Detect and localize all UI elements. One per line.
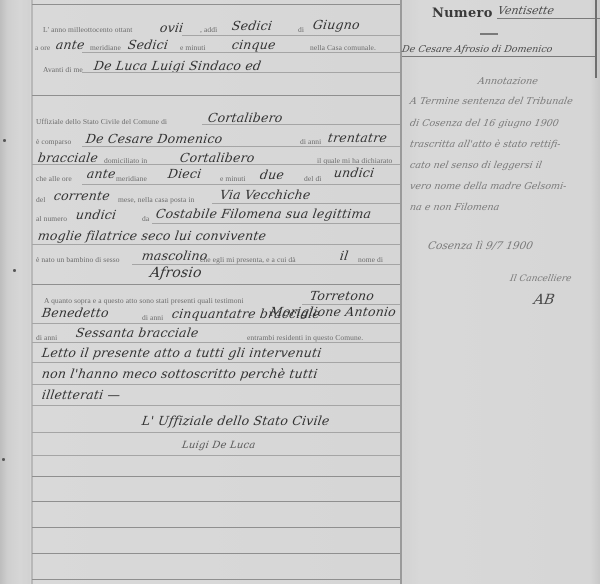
margin-mark <box>13 269 16 272</box>
handwritten-month: Giugno <box>312 17 361 32</box>
handwritten-declarant: De Cesare Domenico <box>85 131 224 146</box>
margin-person-name: De Cesare Afrosio di Domenico <box>401 44 553 55</box>
annotation-place-date: Cosenza lì 9/7 1900 <box>427 240 534 252</box>
birth-act-form: L' anno milleottocento ottant ovii , add… <box>32 0 402 584</box>
rule <box>82 52 400 53</box>
rule <box>32 455 400 456</box>
handwritten-witness1-surname: Torretono <box>309 288 375 303</box>
printed-text: è comparso <box>36 137 71 146</box>
printed-text: che egli mi presenta, e a cui dà <box>200 255 296 264</box>
annotation-line: A Termine sentenza del Tribunale <box>409 96 574 107</box>
printed-text: del dì <box>304 174 321 183</box>
printed-text: , addì <box>200 25 217 34</box>
handwritten-day: Sedici <box>231 18 273 33</box>
printed-text: di anni <box>36 333 57 342</box>
rule <box>32 405 400 406</box>
printed-text: meridiane <box>116 174 147 183</box>
printed-text: a ore <box>35 43 50 52</box>
handwritten-profession: bracciale <box>37 150 99 165</box>
annotation-title: Annotazione <box>477 76 539 87</box>
rule <box>82 146 400 147</box>
printed-text: A quanto sopra e a questo atto sono stat… <box>44 296 244 305</box>
handwritten-witness2-age: Sessanta bracciale <box>75 325 200 340</box>
section-divider <box>32 95 400 96</box>
rule <box>82 72 400 73</box>
handwritten-child-name: Afrosio <box>149 265 203 281</box>
rule <box>32 362 400 363</box>
margin-mark <box>2 458 5 461</box>
rule <box>32 527 400 528</box>
handwritten-witness2: Moriglione Antonio <box>269 304 397 319</box>
handwritten-closing-line3: illetterati — <box>41 387 121 402</box>
handwritten-il: il <box>339 248 350 263</box>
handwritten-witness1-name: Benedetto <box>41 305 110 320</box>
annotation-line: na e non Filomena <box>409 202 500 213</box>
rule <box>82 184 400 185</box>
rule <box>32 476 400 477</box>
printed-text: Avanti di me <box>43 65 83 74</box>
printed-text: e minuti <box>180 43 206 52</box>
handwritten-age: trentatre <box>327 130 388 145</box>
annotation-line: trascritta all'atto è stato rettifi- <box>409 139 561 150</box>
rule <box>595 0 597 78</box>
printed-text: e minuti <box>220 174 246 183</box>
annotation-line: cato nel senso di leggersi il <box>409 160 543 171</box>
printed-text: nella Casa comunale. <box>310 43 376 52</box>
rule <box>480 33 498 35</box>
handwritten-minutes: cinque <box>231 37 277 52</box>
handwritten-domicile: Cortalibero <box>179 150 256 165</box>
printed-text: di anni <box>142 313 163 322</box>
rule <box>32 4 400 5</box>
officer-signature-title: L' Uffiziale dello Stato Civile <box>141 413 331 428</box>
printed-text: che alle ore <box>36 174 72 183</box>
section-divider <box>32 284 400 285</box>
annotation-signature-title: Il Cancelliere <box>509 274 572 284</box>
rule <box>202 124 400 125</box>
printed-text: da <box>142 214 149 223</box>
rule <box>152 223 400 224</box>
rule <box>32 342 400 343</box>
handwritten-month: corrente <box>53 188 111 203</box>
rule <box>32 432 400 433</box>
handwritten-year: ovii <box>159 20 184 35</box>
handwritten-mother: Costabile Filomena sua legittima <box>155 206 372 221</box>
printed-text: L' anno milleottocento ottant <box>43 25 132 34</box>
rule <box>182 35 400 36</box>
handwritten-officer: De Luca Luigi Sindaco ed <box>93 58 262 73</box>
handwritten-ante: ante <box>86 166 117 181</box>
rule <box>32 553 400 554</box>
printed-text: di <box>298 25 304 34</box>
margin-mark <box>3 139 6 142</box>
printed-text: di anni <box>300 137 321 146</box>
act-number: Ventisette <box>497 4 555 17</box>
handwritten-birth-day: undici <box>333 165 375 180</box>
handwritten-birth-minutes: due <box>259 167 285 182</box>
handwritten-mother-details: moglie filatrice seco lui convivente <box>37 228 267 243</box>
handwritten-hour: Sedici <box>127 37 169 52</box>
handwritten-ante: ante <box>55 37 86 52</box>
printed-text: al numero <box>36 214 67 223</box>
rule <box>402 56 595 57</box>
numero-label: Numero <box>432 6 493 21</box>
rule <box>32 579 400 580</box>
printed-text: entrambi residenti in questo Comune. <box>247 333 363 342</box>
rule <box>32 323 400 324</box>
handwritten-street: Via Vecchiche <box>219 187 312 202</box>
handwritten-comune: Cortalibero <box>207 110 284 125</box>
printed-text: Uffiziale dello Stato Civile del Comune … <box>36 117 167 126</box>
rule <box>212 203 400 204</box>
annotation-line: di Cosenza del 16 giugno 1900 <box>409 118 560 129</box>
printed-text: è nato un bambino di sesso <box>36 255 120 264</box>
handwritten-sex: mascolino <box>141 248 209 263</box>
rule <box>32 384 400 385</box>
rule <box>32 501 400 502</box>
officer-signature-name: Luigi De Luca <box>181 440 256 451</box>
printed-text: meridiane <box>90 43 121 52</box>
annotation-line: vero nome della madre Gelsomi- <box>409 181 567 192</box>
annotation-signature-initials: AB <box>533 292 556 308</box>
printed-text: del <box>36 195 45 204</box>
register-page: L' anno milleottocento ottant ovii , add… <box>0 0 600 584</box>
handwritten-closing-line1: Letto il presente atto a tutti gli inter… <box>41 345 323 360</box>
handwritten-birth-hour: Dieci <box>167 166 203 181</box>
rule <box>32 244 400 245</box>
margin-column: Numero Ventisette De Cesare Afrosio di D… <box>402 0 600 584</box>
handwritten-house-number: undici <box>75 207 117 222</box>
printed-text: nome di <box>358 255 383 264</box>
rule <box>497 18 600 19</box>
printed-text: mese, nella casa posta in <box>118 195 194 204</box>
handwritten-closing-line2: non l'hanno meco sottoscritto perchè tut… <box>41 366 319 381</box>
